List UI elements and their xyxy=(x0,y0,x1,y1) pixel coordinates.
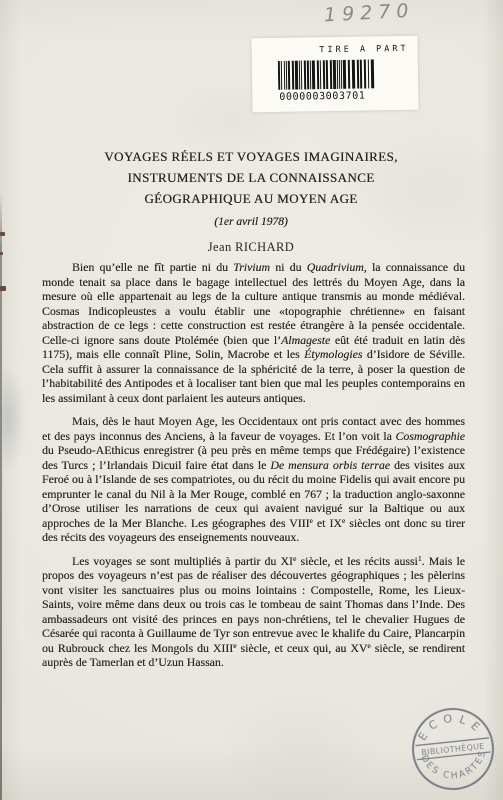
author-name: Jean RICHARD xyxy=(21,240,481,255)
article-body: Bien qu’elle ne fît partie ni du Trivium… xyxy=(42,260,465,679)
paragraph-1: Bien qu’elle ne fît partie ni du Trivium… xyxy=(42,260,465,405)
paper-smudge xyxy=(0,366,26,470)
scan-edge-mark xyxy=(0,286,6,291)
stamp-banner-text: BIBLIOTHÈQUE xyxy=(421,740,485,758)
barcode-number: 0000003003701 xyxy=(279,91,365,103)
library-stamp-icon: ECOLE DES CHARTES BIBLIOTHÈQUE xyxy=(406,702,501,797)
scan-edge-mark xyxy=(0,252,3,255)
scan-edge-mark xyxy=(0,232,5,236)
paragraph-2: Mais, dès le haut Moyen Age, les Occiden… xyxy=(42,414,465,545)
page-title-line-2: INSTRUMENTS DE LA CONNAISSANCE xyxy=(21,167,481,188)
barcode-icon xyxy=(278,59,416,90)
library-stamp: ECOLE DES CHARTES BIBLIOTHÈQUE xyxy=(406,702,501,797)
page-title-line-3: GÉOGRAPHIQUE AU MOYEN AGE xyxy=(21,188,481,209)
paragraph-3: Les voyages se sont multipliés à partir … xyxy=(42,554,465,670)
title-block: VOYAGES RÉELS ET VOYAGES IMAGINAIRES, IN… xyxy=(21,146,481,255)
article-date: (1er avril 1978) xyxy=(21,216,481,228)
tire-a-part-text: TIRE A PART xyxy=(319,44,408,55)
barcode-sticker: TIRE A PART 0000003003701 xyxy=(251,36,418,113)
page-title-line-1: VOYAGES RÉELS ET VOYAGES IMAGINAIRES, xyxy=(21,146,481,167)
